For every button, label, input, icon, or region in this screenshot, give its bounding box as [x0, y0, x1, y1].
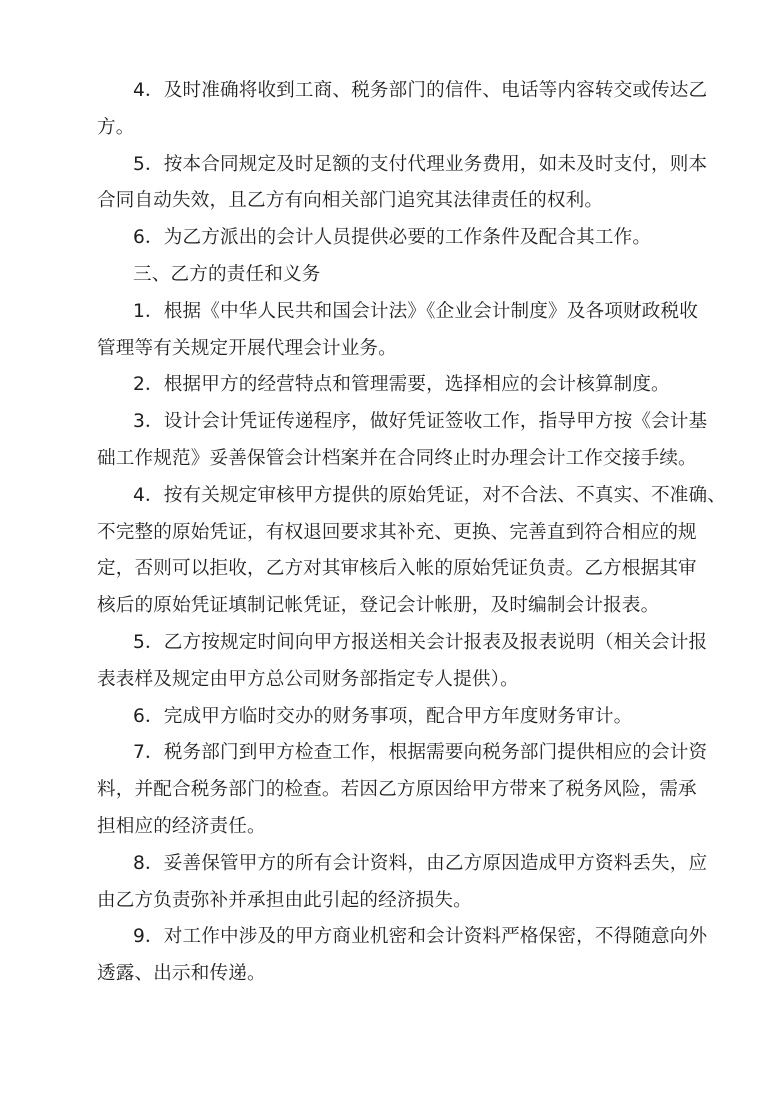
clause-2-4-line-1: 4．及时准确将收到工商、税务部门的信件、电话等内容转交或传达乙 — [97, 73, 681, 110]
clause-3-8-line-2: 由乙方负责弥补并承担由此引起的经济损失。 — [97, 883, 683, 920]
clause-3-4-line-2: 不完整的原始凭证，有权退回要求其补充、更换、完善直到符合相应的规 — [97, 515, 681, 552]
clause-3-4-line-4: 核后的原始凭证填制记帐凭证，登记会计帐册，及时编制会计报表。 — [97, 588, 683, 625]
clause-3-1-line-2: 管理等有关规定开展代理会计业务。 — [97, 331, 683, 368]
clause-3-4-line-3: 定，否则可以拒收，乙方对其审核后入帐的原始凭证负责。乙方根据其审 — [97, 551, 681, 588]
clause-3-5-line-1: 5．乙方按规定时间向甲方报送相关会计报表及报表说明（相关会计报 — [97, 625, 681, 662]
clause-3-9-line-1: 9．对工作中涉及的甲方商业机密和会计资料严格保密，不得随意向外 — [97, 919, 681, 956]
clause-3-3-line-1: 3．设计会计凭证传递程序，做好凭证签收工作，指导甲方按《会计基 — [97, 404, 681, 441]
document-body: 4．及时准确将收到工商、税务部门的信件、电话等内容转交或传达乙 方。 5．按本合… — [97, 73, 683, 993]
clause-3-7-line-1: 7．税务部门到甲方检查工作，根据需要向税务部门提供相应的会计资 — [97, 735, 681, 772]
clause-3-1-line-1: 1．根据《中华人民共和国会计法》《企业会计制度》及各项财政税收 — [97, 294, 681, 331]
document-page: 4．及时准确将收到工商、税务部门的信件、电话等内容转交或传达乙 方。 5．按本合… — [0, 0, 774, 1095]
clause-3-5-line-2: 表表样及规定由甲方总公司财务部指定专人提供）。 — [97, 662, 683, 699]
clause-3-7-line-3: 担相应的经济责任。 — [97, 809, 683, 846]
clause-3-4-line-1: 4．按有关规定审核甲方提供的原始凭证，对不合法、不真实、不准确、 — [97, 478, 681, 515]
clause-3-2-line-1: 2．根据甲方的经营特点和管理需要，选择相应的会计核算制度。 — [97, 367, 683, 404]
clause-3-9-line-2: 透露、出示和传递。 — [97, 956, 683, 993]
clause-2-6-line-1: 6．为乙方派出的会计人员提供必要的工作条件及配合其工作。 — [97, 220, 683, 257]
clause-2-5-line-1: 5．按本合同规定及时足额的支付代理业务费用，如未及时支付，则本 — [97, 147, 681, 184]
section-heading: 三、乙方的责任和义务 — [97, 257, 683, 294]
clause-3-7-line-2: 料，并配合税务部门的检查。若因乙方原因给甲方带来了税务风险，需承 — [97, 772, 681, 809]
clause-2-4-line-2: 方。 — [97, 110, 683, 147]
clause-3-6-line-1: 6．完成甲方临时交办的财务事项，配合甲方年度财务审计。 — [97, 699, 683, 736]
clause-3-3-line-2: 础工作规范》妥善保管会计档案并在合同终止时办理会计工作交接手续。 — [97, 441, 681, 478]
clause-2-5-line-2: 合同自动失效，且乙方有向相关部门追究其法律责任的权利。 — [97, 183, 683, 220]
clause-3-8-line-1: 8．妥善保管甲方的所有会计资料，由乙方原因造成甲方资料丢失，应 — [97, 846, 681, 883]
